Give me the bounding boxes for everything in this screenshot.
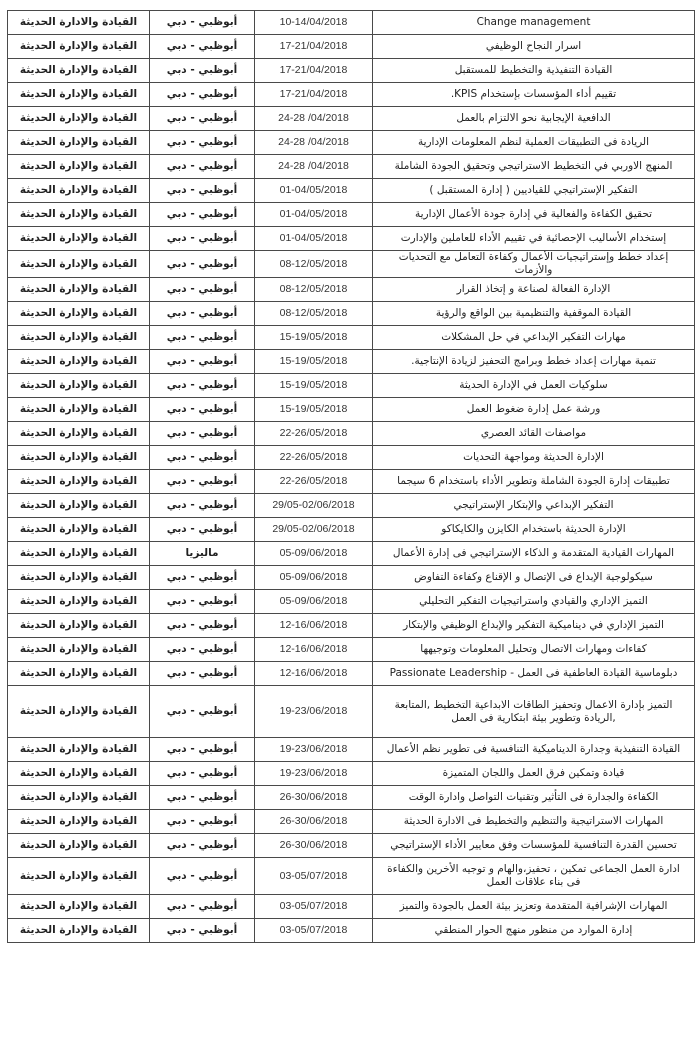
date-cell: 19-23/06/2018 bbox=[255, 686, 373, 738]
location-cell: أبوظبي - دبي bbox=[150, 155, 255, 179]
course-schedule-page: القيادة والادارة الحديثة أبوظبي - دبي 10… bbox=[7, 10, 695, 943]
date-cell: 26-30/06/2018 bbox=[255, 834, 373, 858]
date-cell: 03-05/07/2018 bbox=[255, 895, 373, 919]
category-cell: القيادة والإدارة الحديثة bbox=[8, 614, 150, 638]
course-title-cell: إدارة الموارد من منظور منهج الحوار المنط… bbox=[373, 919, 695, 943]
location-cell: أبوظبي - دبي bbox=[150, 422, 255, 446]
table-row: القيادة والإدارة الحديثة أبوظبي - دبي 01… bbox=[8, 227, 695, 251]
course-title-cell: تطبيقات إدارة الجودة الشاملة وتطوير الأد… bbox=[373, 470, 695, 494]
table-row: القيادة والإدارة الحديثة أبوظبي - دبي 17… bbox=[8, 83, 695, 107]
course-title-cell: الإدارة الحديثة باستخدام الكايزن والكايك… bbox=[373, 518, 695, 542]
date-cell: 05-09/06/2018 bbox=[255, 590, 373, 614]
table-row: القيادة والإدارة الحديثة أبوظبي - دبي 15… bbox=[8, 350, 695, 374]
date-cell: 08-12/05/2018 bbox=[255, 251, 373, 278]
table-row: القيادة والإدارة الحديثة أبوظبي - دبي 05… bbox=[8, 566, 695, 590]
table-row: القيادة والإدارة الحديثة أبوظبي - دبي 24… bbox=[8, 107, 695, 131]
category-cell: القيادة والإدارة الحديثة bbox=[8, 107, 150, 131]
location-cell: أبوظبي - دبي bbox=[150, 786, 255, 810]
location-cell: أبوظبي - دبي bbox=[150, 614, 255, 638]
category-cell: القيادة والإدارة الحديثة bbox=[8, 374, 150, 398]
course-title-cell: التميز بإدارة الاعمال وتحفيز الطاقات الا… bbox=[373, 686, 695, 738]
table-row: القيادة والإدارة الحديثة أبوظبي - دبي 12… bbox=[8, 638, 695, 662]
category-cell: القيادة والإدارة الحديثة bbox=[8, 686, 150, 738]
location-cell: أبوظبي - دبي bbox=[150, 518, 255, 542]
category-cell: القيادة والإدارة الحديثة bbox=[8, 422, 150, 446]
date-cell: 24-28 /04/2018 bbox=[255, 131, 373, 155]
table-row: القيادة والإدارة الحديثة أبوظبي - دبي 26… bbox=[8, 810, 695, 834]
date-cell: 15-19/05/2018 bbox=[255, 350, 373, 374]
category-cell: القيادة والإدارة الحديثة bbox=[8, 227, 150, 251]
category-cell: القيادة والإدارة الحديثة bbox=[8, 662, 150, 686]
schedule-table-body: القيادة والادارة الحديثة أبوظبي - دبي 10… bbox=[8, 11, 695, 943]
location-cell: أبوظبي - دبي bbox=[150, 107, 255, 131]
category-cell: القيادة والإدارة الحديثة bbox=[8, 446, 150, 470]
course-title-cell: التفكير الإستراتيجي للقياديين ( إدارة ال… bbox=[373, 179, 695, 203]
course-title-cell: كفاءات ومهارات الاتصال وتحليل المعلومات … bbox=[373, 638, 695, 662]
course-title-cell: إعداد خطط وإستراتيجيات الأعمال وكفاءة ال… bbox=[373, 251, 695, 278]
date-cell: 22-26/05/2018 bbox=[255, 470, 373, 494]
date-cell: 24-28 /04/2018 bbox=[255, 107, 373, 131]
table-row: القيادة والإدارة الحديثة أبوظبي - دبي 12… bbox=[8, 662, 695, 686]
course-title-cell: الإدارة الفعالة لصناعة و إتخاذ القرار bbox=[373, 278, 695, 302]
date-cell: 12-16/06/2018 bbox=[255, 638, 373, 662]
location-cell: أبوظبي - دبي bbox=[150, 326, 255, 350]
table-row: القيادة والإدارة الحديثة أبوظبي - دبي 01… bbox=[8, 179, 695, 203]
location-cell: أبوظبي - دبي bbox=[150, 494, 255, 518]
category-cell: القيادة والإدارة الحديثة bbox=[8, 518, 150, 542]
course-title-cell: سلوكيات العمل في الإدارة الحديثة bbox=[373, 374, 695, 398]
location-cell: أبوظبي - دبي bbox=[150, 398, 255, 422]
course-title-cell: مواصفات القائد العصري bbox=[373, 422, 695, 446]
date-cell: 08-12/05/2018 bbox=[255, 278, 373, 302]
course-title-cell: سيكولوجية الإبداع فى الإتصال و الإقناع و… bbox=[373, 566, 695, 590]
category-cell: القيادة والإدارة الحديثة bbox=[8, 131, 150, 155]
category-cell: القيادة والإدارة الحديثة bbox=[8, 155, 150, 179]
date-cell: 01-04/05/2018 bbox=[255, 179, 373, 203]
location-cell: أبوظبي - دبي bbox=[150, 11, 255, 35]
table-row: القيادة والإدارة الحديثة أبوظبي - دبي 15… bbox=[8, 398, 695, 422]
date-cell: 15-19/05/2018 bbox=[255, 398, 373, 422]
category-cell: القيادة والإدارة الحديثة bbox=[8, 494, 150, 518]
table-row: القيادة والإدارة الحديثة أبوظبي - دبي 24… bbox=[8, 131, 695, 155]
table-row: القيادة والإدارة الحديثة أبوظبي - دبي 17… bbox=[8, 59, 695, 83]
category-cell: القيادة والإدارة الحديثة bbox=[8, 203, 150, 227]
course-title-cell: القيادة التنفيذية وجدارة الديناميكية الت… bbox=[373, 738, 695, 762]
category-cell: القيادة والإدارة الحديثة bbox=[8, 786, 150, 810]
date-cell: 05-09/06/2018 bbox=[255, 566, 373, 590]
course-title-cell: تحسين القدرة التنافسية للمؤسسات وفق معاي… bbox=[373, 834, 695, 858]
location-cell: أبوظبي - دبي bbox=[150, 590, 255, 614]
date-cell: 17-21/04/2018 bbox=[255, 59, 373, 83]
location-cell: أبوظبي - دبي bbox=[150, 638, 255, 662]
category-cell: القيادة والإدارة الحديثة bbox=[8, 35, 150, 59]
course-title-cell: مهارات التفكير الإبداعي في حل المشكلات bbox=[373, 326, 695, 350]
location-cell: أبوظبي - دبي bbox=[150, 446, 255, 470]
category-cell: القيادة والإدارة الحديثة bbox=[8, 834, 150, 858]
location-cell: أبوظبي - دبي bbox=[150, 83, 255, 107]
location-cell: أبوظبي - دبي bbox=[150, 662, 255, 686]
course-title-cell: Change management bbox=[373, 11, 695, 35]
date-cell: 17-21/04/2018 bbox=[255, 83, 373, 107]
table-row: القيادة والإدارة الحديثة أبوظبي - دبي 19… bbox=[8, 738, 695, 762]
course-title-cell: التفكير الإبداعي والإبتكار الإستراتيجي bbox=[373, 494, 695, 518]
date-cell: 12-16/06/2018 bbox=[255, 614, 373, 638]
table-row: القيادة والإدارة الحديثة أبوظبي - دبي 26… bbox=[8, 834, 695, 858]
course-title-cell: الدافعية الإيجابية نحو الالتزام بالعمل bbox=[373, 107, 695, 131]
date-cell: 24-28 /04/2018 bbox=[255, 155, 373, 179]
category-cell: القيادة والإدارة الحديثة bbox=[8, 470, 150, 494]
date-cell: 19-23/06/2018 bbox=[255, 762, 373, 786]
location-cell: أبوظبي - دبي bbox=[150, 131, 255, 155]
date-cell: 08-12/05/2018 bbox=[255, 302, 373, 326]
category-cell: القيادة والإدارة الحديثة bbox=[8, 638, 150, 662]
course-title-cell: القيادة التنفيذية والتخطيط للمستقبل bbox=[373, 59, 695, 83]
course-title-cell: المنهج الاوربي في التخطيط الاستراتيجي وت… bbox=[373, 155, 695, 179]
date-cell: 22-26/05/2018 bbox=[255, 446, 373, 470]
location-cell: أبوظبي - دبي bbox=[150, 203, 255, 227]
course-title-cell: دبلوماسية القيادة العاطفية فى العمل - Pa… bbox=[373, 662, 695, 686]
date-cell: 15-19/05/2018 bbox=[255, 374, 373, 398]
location-cell: أبوظبي - دبي bbox=[150, 686, 255, 738]
category-cell: القيادة والإدارة الحديثة bbox=[8, 350, 150, 374]
table-row: القيادة والإدارة الحديثة أبوظبي - دبي 03… bbox=[8, 919, 695, 943]
table-row: القيادة والإدارة الحديثة أبوظبي - دبي 22… bbox=[8, 470, 695, 494]
date-cell: 05-09/06/2018 bbox=[255, 542, 373, 566]
location-cell: أبوظبي - دبي bbox=[150, 738, 255, 762]
category-cell: القيادة والإدارة الحديثة bbox=[8, 542, 150, 566]
table-row: القيادة والإدارة الحديثة أبوظبي - دبي 08… bbox=[8, 278, 695, 302]
course-title-cell: تقييم أداء المؤسسات بإستخدام KPIS. bbox=[373, 83, 695, 107]
date-cell: 01-04/05/2018 bbox=[255, 227, 373, 251]
date-cell: 01-04/05/2018 bbox=[255, 203, 373, 227]
course-title-cell: تنمية مهارات إعداد خطط وبرامج التحفيز لز… bbox=[373, 350, 695, 374]
table-row: القيادة والإدارة الحديثة أبوظبي - دبي 24… bbox=[8, 155, 695, 179]
course-title-cell: القيادة الموقفية والتنظيمية بين الواقع و… bbox=[373, 302, 695, 326]
category-cell: القيادة والإدارة الحديثة bbox=[8, 762, 150, 786]
location-cell: أبوظبي - دبي bbox=[150, 302, 255, 326]
course-title-cell: ادارة العمل الجماعى تمكين ، تحفيز،والهام… bbox=[373, 858, 695, 895]
table-row: القيادة والإدارة الحديثة أبوظبي - دبي 17… bbox=[8, 35, 695, 59]
location-cell: أبوظبي - دبي bbox=[150, 470, 255, 494]
location-cell: أبوظبي - دبي bbox=[150, 762, 255, 786]
location-cell: أبوظبي - دبي bbox=[150, 858, 255, 895]
category-cell: القيادة والإدارة الحديثة bbox=[8, 83, 150, 107]
course-title-cell: الإدارة الحديثة ومواجهة التحديات bbox=[373, 446, 695, 470]
category-cell: القيادة والإدارة الحديثة bbox=[8, 738, 150, 762]
table-row: القيادة والإدارة الحديثة أبوظبي - دبي 12… bbox=[8, 614, 695, 638]
location-cell: أبوظبي - دبي bbox=[150, 374, 255, 398]
course-title-cell: الريادة فى التطبيقات العملية لنظم المعلو… bbox=[373, 131, 695, 155]
date-cell: 17-21/04/2018 bbox=[255, 35, 373, 59]
date-cell: 12-16/06/2018 bbox=[255, 662, 373, 686]
course-title-cell: إستخدام الأساليب الإحصائية في تقييم الأد… bbox=[373, 227, 695, 251]
course-title-cell: التميز الإداري في ديناميكية التفكير والإ… bbox=[373, 614, 695, 638]
category-cell: القيادة والإدارة الحديثة bbox=[8, 810, 150, 834]
course-title-cell: الكفاءة والجدارة فى التأثير وتقنيات التو… bbox=[373, 786, 695, 810]
location-cell: أبوظبي - دبي bbox=[150, 919, 255, 943]
table-row: القيادة والادارة الحديثة أبوظبي - دبي 10… bbox=[8, 11, 695, 35]
table-row: القيادة والإدارة الحديثة أبوظبي - دبي 03… bbox=[8, 895, 695, 919]
date-cell: 10-14/04/2018 bbox=[255, 11, 373, 35]
table-row: القيادة والإدارة الحديثة أبوظبي - دبي 29… bbox=[8, 518, 695, 542]
location-cell: أبوظبي - دبي bbox=[150, 566, 255, 590]
course-title-cell: التميز الإداري والقيادي واستراتيجيات الت… bbox=[373, 590, 695, 614]
location-cell: ماليزيا bbox=[150, 542, 255, 566]
category-cell: القيادة والإدارة الحديثة bbox=[8, 566, 150, 590]
course-schedule-table: القيادة والادارة الحديثة أبوظبي - دبي 10… bbox=[7, 10, 695, 943]
date-cell: 29/05-02/06/2018 bbox=[255, 518, 373, 542]
location-cell: أبوظبي - دبي bbox=[150, 834, 255, 858]
location-cell: أبوظبي - دبي bbox=[150, 810, 255, 834]
table-row: القيادة والإدارة الحديثة أبوظبي - دبي 08… bbox=[8, 251, 695, 278]
location-cell: أبوظبي - دبي bbox=[150, 227, 255, 251]
location-cell: أبوظبي - دبي bbox=[150, 895, 255, 919]
course-title-cell: قيادة وتمكين فرق العمل واللجان المتميزة bbox=[373, 762, 695, 786]
category-cell: القيادة والإدارة الحديثة bbox=[8, 251, 150, 278]
table-row: القيادة والإدارة الحديثة أبوظبي - دبي 08… bbox=[8, 302, 695, 326]
table-row: القيادة والإدارة الحديثة أبوظبي - دبي 22… bbox=[8, 446, 695, 470]
date-cell: 26-30/06/2018 bbox=[255, 810, 373, 834]
date-cell: 19-23/06/2018 bbox=[255, 738, 373, 762]
location-cell: أبوظبي - دبي bbox=[150, 251, 255, 278]
category-cell: القيادة والإدارة الحديثة bbox=[8, 895, 150, 919]
location-cell: أبوظبي - دبي bbox=[150, 350, 255, 374]
date-cell: 15-19/05/2018 bbox=[255, 326, 373, 350]
category-cell: القيادة والإدارة الحديثة bbox=[8, 398, 150, 422]
course-title-cell: ورشة عمل إدارة ضغوط العمل bbox=[373, 398, 695, 422]
date-cell: 03-05/07/2018 bbox=[255, 858, 373, 895]
category-cell: القيادة والإدارة الحديثة bbox=[8, 278, 150, 302]
course-title-cell: المهارات الإشرافية المتقدمة وتعزيز بيئة … bbox=[373, 895, 695, 919]
location-cell: أبوظبي - دبي bbox=[150, 278, 255, 302]
course-title-cell: المهارات القيادية المتقدمة و الذكاء الإس… bbox=[373, 542, 695, 566]
table-row: القيادة والإدارة الحديثة أبوظبي - دبي 29… bbox=[8, 494, 695, 518]
table-row: القيادة والإدارة الحديثة أبوظبي - دبي 15… bbox=[8, 374, 695, 398]
category-cell: القيادة والإدارة الحديثة bbox=[8, 919, 150, 943]
location-cell: أبوظبي - دبي bbox=[150, 179, 255, 203]
table-row: القيادة والإدارة الحديثة أبوظبي - دبي 26… bbox=[8, 786, 695, 810]
course-title-cell: اسرار النجاح الوظيفي bbox=[373, 35, 695, 59]
category-cell: القيادة والإدارة الحديثة bbox=[8, 302, 150, 326]
category-cell: القيادة والإدارة الحديثة bbox=[8, 179, 150, 203]
category-cell: القيادة والإدارة الحديثة bbox=[8, 858, 150, 895]
course-title-cell: المهارات الاستراتيجية والتنظيم والتخطيط … bbox=[373, 810, 695, 834]
course-title-cell: تحقيق الكفاءة والفعالية في إدارة جودة ال… bbox=[373, 203, 695, 227]
date-cell: 26-30/06/2018 bbox=[255, 786, 373, 810]
category-cell: القيادة والإدارة الحديثة bbox=[8, 326, 150, 350]
table-row: القيادة والإدارة الحديثة أبوظبي - دبي 03… bbox=[8, 858, 695, 895]
date-cell: 29/05-02/06/2018 bbox=[255, 494, 373, 518]
table-row: القيادة والإدارة الحديثة أبوظبي - دبي 19… bbox=[8, 762, 695, 786]
table-row: القيادة والإدارة الحديثة أبوظبي - دبي 15… bbox=[8, 326, 695, 350]
category-cell: القيادة والادارة الحديثة bbox=[8, 11, 150, 35]
location-cell: أبوظبي - دبي bbox=[150, 59, 255, 83]
table-row: القيادة والإدارة الحديثة أبوظبي - دبي 22… bbox=[8, 422, 695, 446]
table-row: القيادة والإدارة الحديثة أبوظبي - دبي 01… bbox=[8, 203, 695, 227]
category-cell: القيادة والإدارة الحديثة bbox=[8, 59, 150, 83]
table-row: القيادة والإدارة الحديثة أبوظبي - دبي 05… bbox=[8, 590, 695, 614]
category-cell: القيادة والإدارة الحديثة bbox=[8, 590, 150, 614]
table-row: القيادة والإدارة الحديثة ماليزيا 05-09/0… bbox=[8, 542, 695, 566]
date-cell: 03-05/07/2018 bbox=[255, 919, 373, 943]
location-cell: أبوظبي - دبي bbox=[150, 35, 255, 59]
table-row: القيادة والإدارة الحديثة أبوظبي - دبي 19… bbox=[8, 686, 695, 738]
date-cell: 22-26/05/2018 bbox=[255, 422, 373, 446]
